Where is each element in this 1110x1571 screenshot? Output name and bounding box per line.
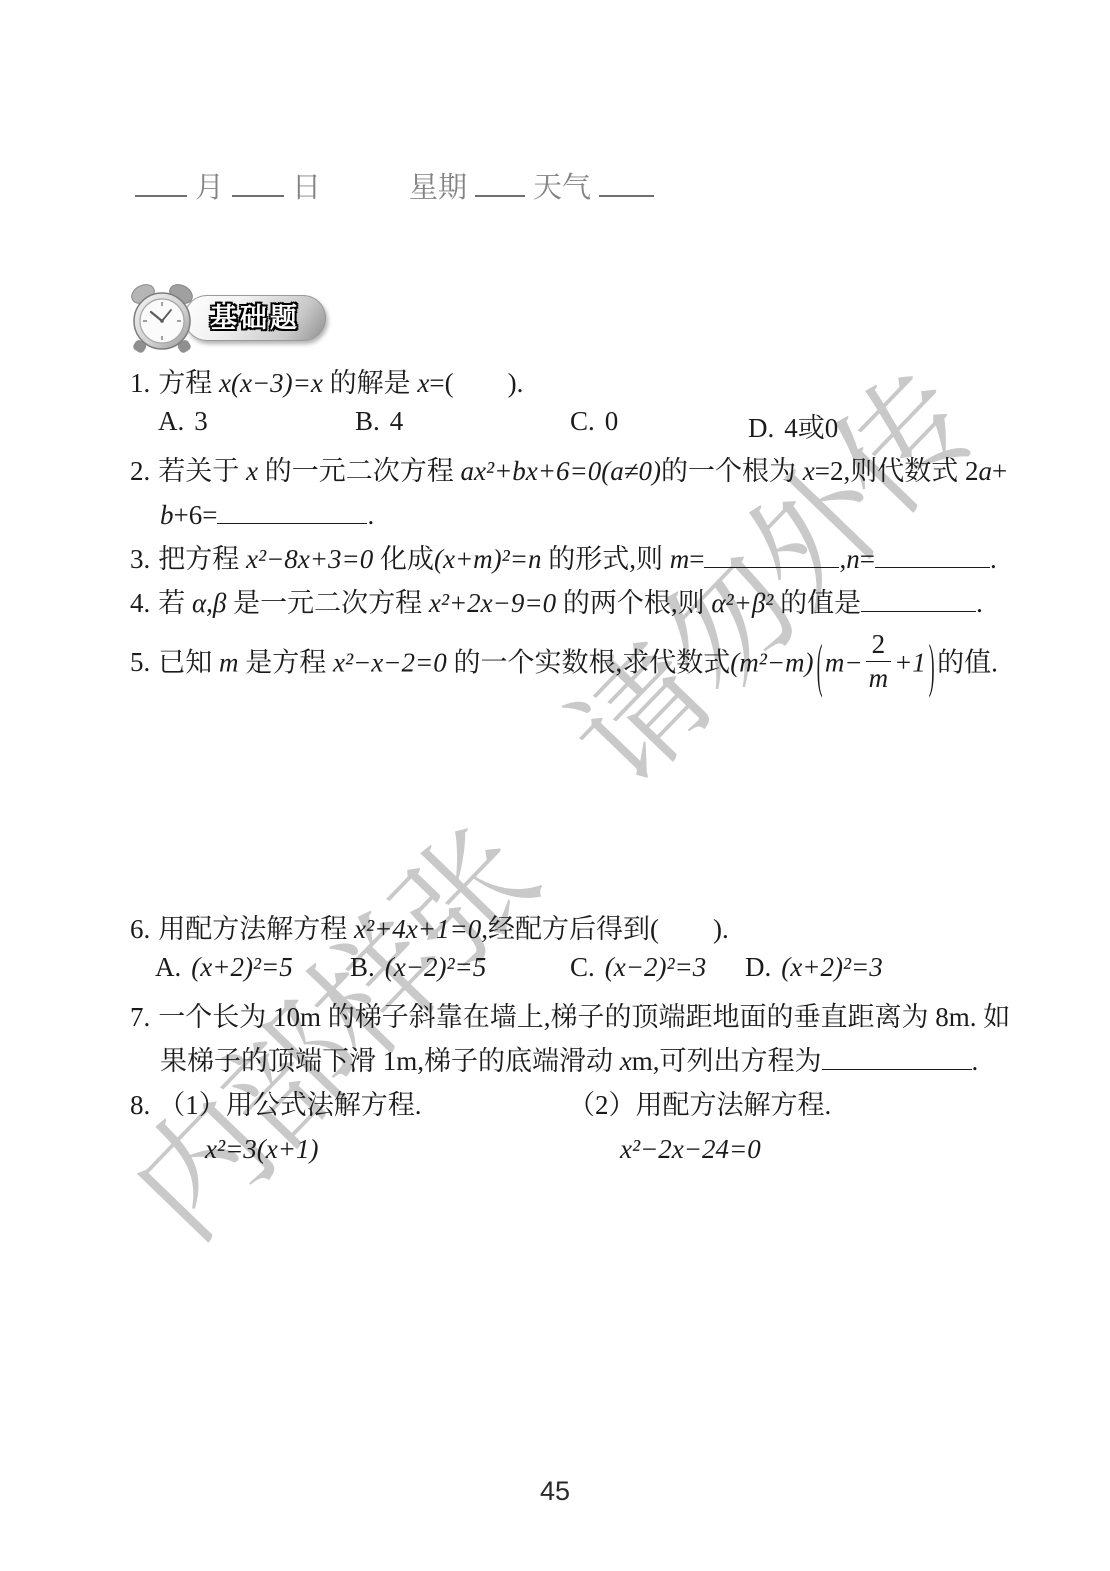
question-3: 3.把方程 x²−8x+3=0 化成(x+m)²=n 的形式,则 m=,n=.	[130, 538, 997, 580]
option-label: D.	[748, 413, 774, 443]
fraction-numerator: 2	[866, 630, 892, 662]
math-run: ax²+bx+6=0(a≠0)	[460, 456, 661, 486]
math-run: x²+2x−9=0	[429, 588, 556, 618]
option-c: C.(x−2)²=3	[570, 952, 706, 983]
day-blank	[232, 195, 284, 197]
text-run: .	[367, 500, 374, 530]
question-1: 1.方程 x(x−3)=x 的解是 x=( ).	[130, 362, 523, 404]
question-2-line-2: b+6=.	[160, 494, 374, 536]
question-7: 7.一个长为 10m 的梯子斜靠在墙上,梯子的顶端距地面的垂直距离为 8m. 如	[130, 996, 1010, 1038]
fraction-denominator: m	[866, 662, 892, 692]
question-4: 4.若 α,β 是一元二次方程 x²+2x−9=0 的两个根,则 α²+β² 的…	[130, 582, 983, 624]
text-run: .	[976, 588, 983, 618]
text-run: 已知	[158, 647, 219, 677]
text-run: 用配方法解方程	[158, 914, 354, 944]
text-run: 一个长为 10m 的梯子斜靠在墙上,梯子的顶端距地面的垂直距离为 8m. 如	[158, 1002, 1010, 1032]
text-run: m,可列出方程为	[632, 1046, 822, 1076]
week-label: 星期	[409, 172, 467, 204]
question-8-formula-1: x²=3(x+1)	[205, 1128, 318, 1170]
option-value: 4	[390, 406, 404, 436]
text-run: ,经配方后得到( ).	[481, 914, 728, 944]
question-number: 8.	[130, 1090, 150, 1120]
question-number: 6.	[130, 914, 150, 944]
math-run: x	[620, 1046, 632, 1076]
math-run: +1	[894, 647, 926, 677]
question-8-part-2: （2）用配方法解方程.	[568, 1084, 831, 1126]
text-run: +	[992, 456, 1007, 486]
section-badge: 基础题	[126, 281, 336, 355]
option-c: C.0	[570, 406, 618, 437]
option-label: A.	[158, 406, 184, 436]
weather-blank	[599, 195, 654, 197]
question-7-line-2: 果梯子的顶端下滑 1m,梯子的底端滑动 xm,可列出方程为.	[160, 1040, 978, 1082]
text-run: 是一元二次方程	[226, 588, 429, 618]
question-8: 8.（1）用公式法解方程.	[130, 1084, 422, 1126]
question-number: 1.	[130, 368, 150, 398]
text-run: 把方程	[158, 544, 246, 574]
date-header: 月日星期天气	[135, 165, 654, 206]
text-run: +6=	[174, 500, 218, 530]
weather-label: 天气	[533, 172, 591, 204]
question-5: 5.已知 m 是方程 x²−x−2=0 的一个实数根,求代数式(m²−m)(m−…	[130, 630, 998, 693]
question-6: 6.用配方法解方程 x²+4x+1=0,经配方后得到( ).	[130, 908, 729, 950]
text-run: 果梯子的顶端下滑 1m,梯子的底端滑动	[160, 1046, 620, 1076]
option-label: C.	[570, 406, 595, 436]
math-run: x(x−3)=x	[219, 368, 323, 398]
option-value: (x+2)²=3	[781, 952, 883, 982]
day-label: 日	[292, 172, 321, 204]
math-run: x²−x−2=0	[333, 647, 447, 677]
option-b: B.4	[355, 406, 403, 437]
option-value: (x−2)²=3	[605, 952, 707, 982]
page-number: 45	[0, 1476, 1110, 1507]
text-run: .	[972, 1046, 979, 1076]
option-label: A.	[155, 952, 181, 982]
part-2-label: （2）用配方法解方程.	[568, 1090, 831, 1120]
text-run: 的值.	[937, 647, 998, 677]
question-number: 2.	[130, 456, 150, 486]
answer-blank	[875, 567, 990, 568]
option-a: A.3	[158, 406, 208, 437]
worksheet-page: 内部样张 请勿外传 月日星期天气 基础题	[0, 0, 1110, 1571]
badge-label: 基础题	[184, 295, 326, 341]
text-run: .	[990, 544, 997, 574]
math-run: α²+β²	[711, 588, 773, 618]
right-paren: )	[929, 624, 935, 712]
question-number: 3.	[130, 544, 150, 574]
math-run: x	[246, 456, 258, 486]
text-run: 的形式,则	[541, 544, 669, 574]
text-run: 的解是	[323, 368, 418, 398]
text-run: =2,则代数式 2	[815, 456, 979, 486]
text-run: 若	[158, 588, 192, 618]
text-run: 的值是	[773, 588, 861, 618]
left-paren: (	[816, 624, 822, 712]
text-run: 的两个根,则	[556, 588, 711, 618]
option-value: 4或0	[784, 413, 838, 443]
week-blank	[475, 195, 525, 197]
answer-blank	[704, 567, 839, 568]
option-label: B.	[350, 952, 375, 982]
math-run: a	[978, 456, 992, 486]
math-run: x²=3(x+1)	[205, 1134, 318, 1164]
text-run: 的一个根为	[661, 456, 803, 486]
text-run: =	[689, 544, 704, 574]
math-run: n	[846, 544, 860, 574]
math-run: x²−8x+3=0	[246, 544, 373, 574]
text-run: 若关于	[158, 456, 246, 486]
question-number: 4.	[130, 588, 150, 618]
text-run: =( ).	[429, 368, 523, 398]
fraction: 2m	[866, 630, 892, 693]
question-number: 5.	[130, 647, 150, 677]
text-run: =	[860, 544, 875, 574]
math-run: x²−2x−24=0	[620, 1134, 761, 1164]
math-run: m	[219, 647, 239, 677]
math-run: m−	[825, 647, 863, 677]
question-8-formula-2: x²−2x−24=0	[620, 1128, 761, 1170]
option-value: (x−2)²=5	[385, 952, 487, 982]
math-run: (x+m)²=n	[434, 544, 542, 574]
text-run: 化成	[373, 544, 434, 574]
math-run: x	[803, 456, 815, 486]
answer-blank	[861, 611, 976, 612]
option-d: D.4或0	[748, 406, 838, 445]
text-run: 的一个实数根,求代数式	[447, 647, 731, 677]
part-1-label: （1）用公式法解方程.	[158, 1090, 421, 1120]
option-label: D.	[745, 952, 771, 982]
option-b: B.(x−2)²=5	[350, 952, 486, 983]
math-run: b	[160, 500, 174, 530]
math-run: α,β	[192, 588, 226, 618]
answer-blank	[822, 1069, 972, 1070]
option-value: 0	[605, 406, 619, 436]
math-run: (m²−m)	[730, 647, 813, 677]
option-a: A.(x+2)²=5	[155, 952, 293, 983]
badge-pill: 基础题	[184, 295, 326, 341]
option-value: (x+2)²=5	[191, 952, 293, 982]
month-blank	[135, 195, 187, 197]
question-number: 7.	[130, 1002, 150, 1032]
answer-blank	[217, 523, 367, 524]
text-run: 方程	[158, 368, 219, 398]
month-label: 月	[195, 172, 224, 204]
text-run: 的一元二次方程	[258, 456, 461, 486]
text-run: 是方程	[239, 647, 334, 677]
math-run: x	[417, 368, 429, 398]
option-label: B.	[355, 406, 380, 436]
option-label: C.	[570, 952, 595, 982]
question-2: 2.若关于 x 的一元二次方程 ax²+bx+6=0(a≠0)的一个根为 x=2…	[130, 450, 1007, 492]
math-run: x²+4x+1=0	[354, 914, 481, 944]
alarm-clock-icon	[126, 281, 198, 357]
option-value: 3	[194, 406, 208, 436]
math-run: m	[670, 544, 690, 574]
option-d: D.(x+2)²=3	[745, 952, 883, 983]
